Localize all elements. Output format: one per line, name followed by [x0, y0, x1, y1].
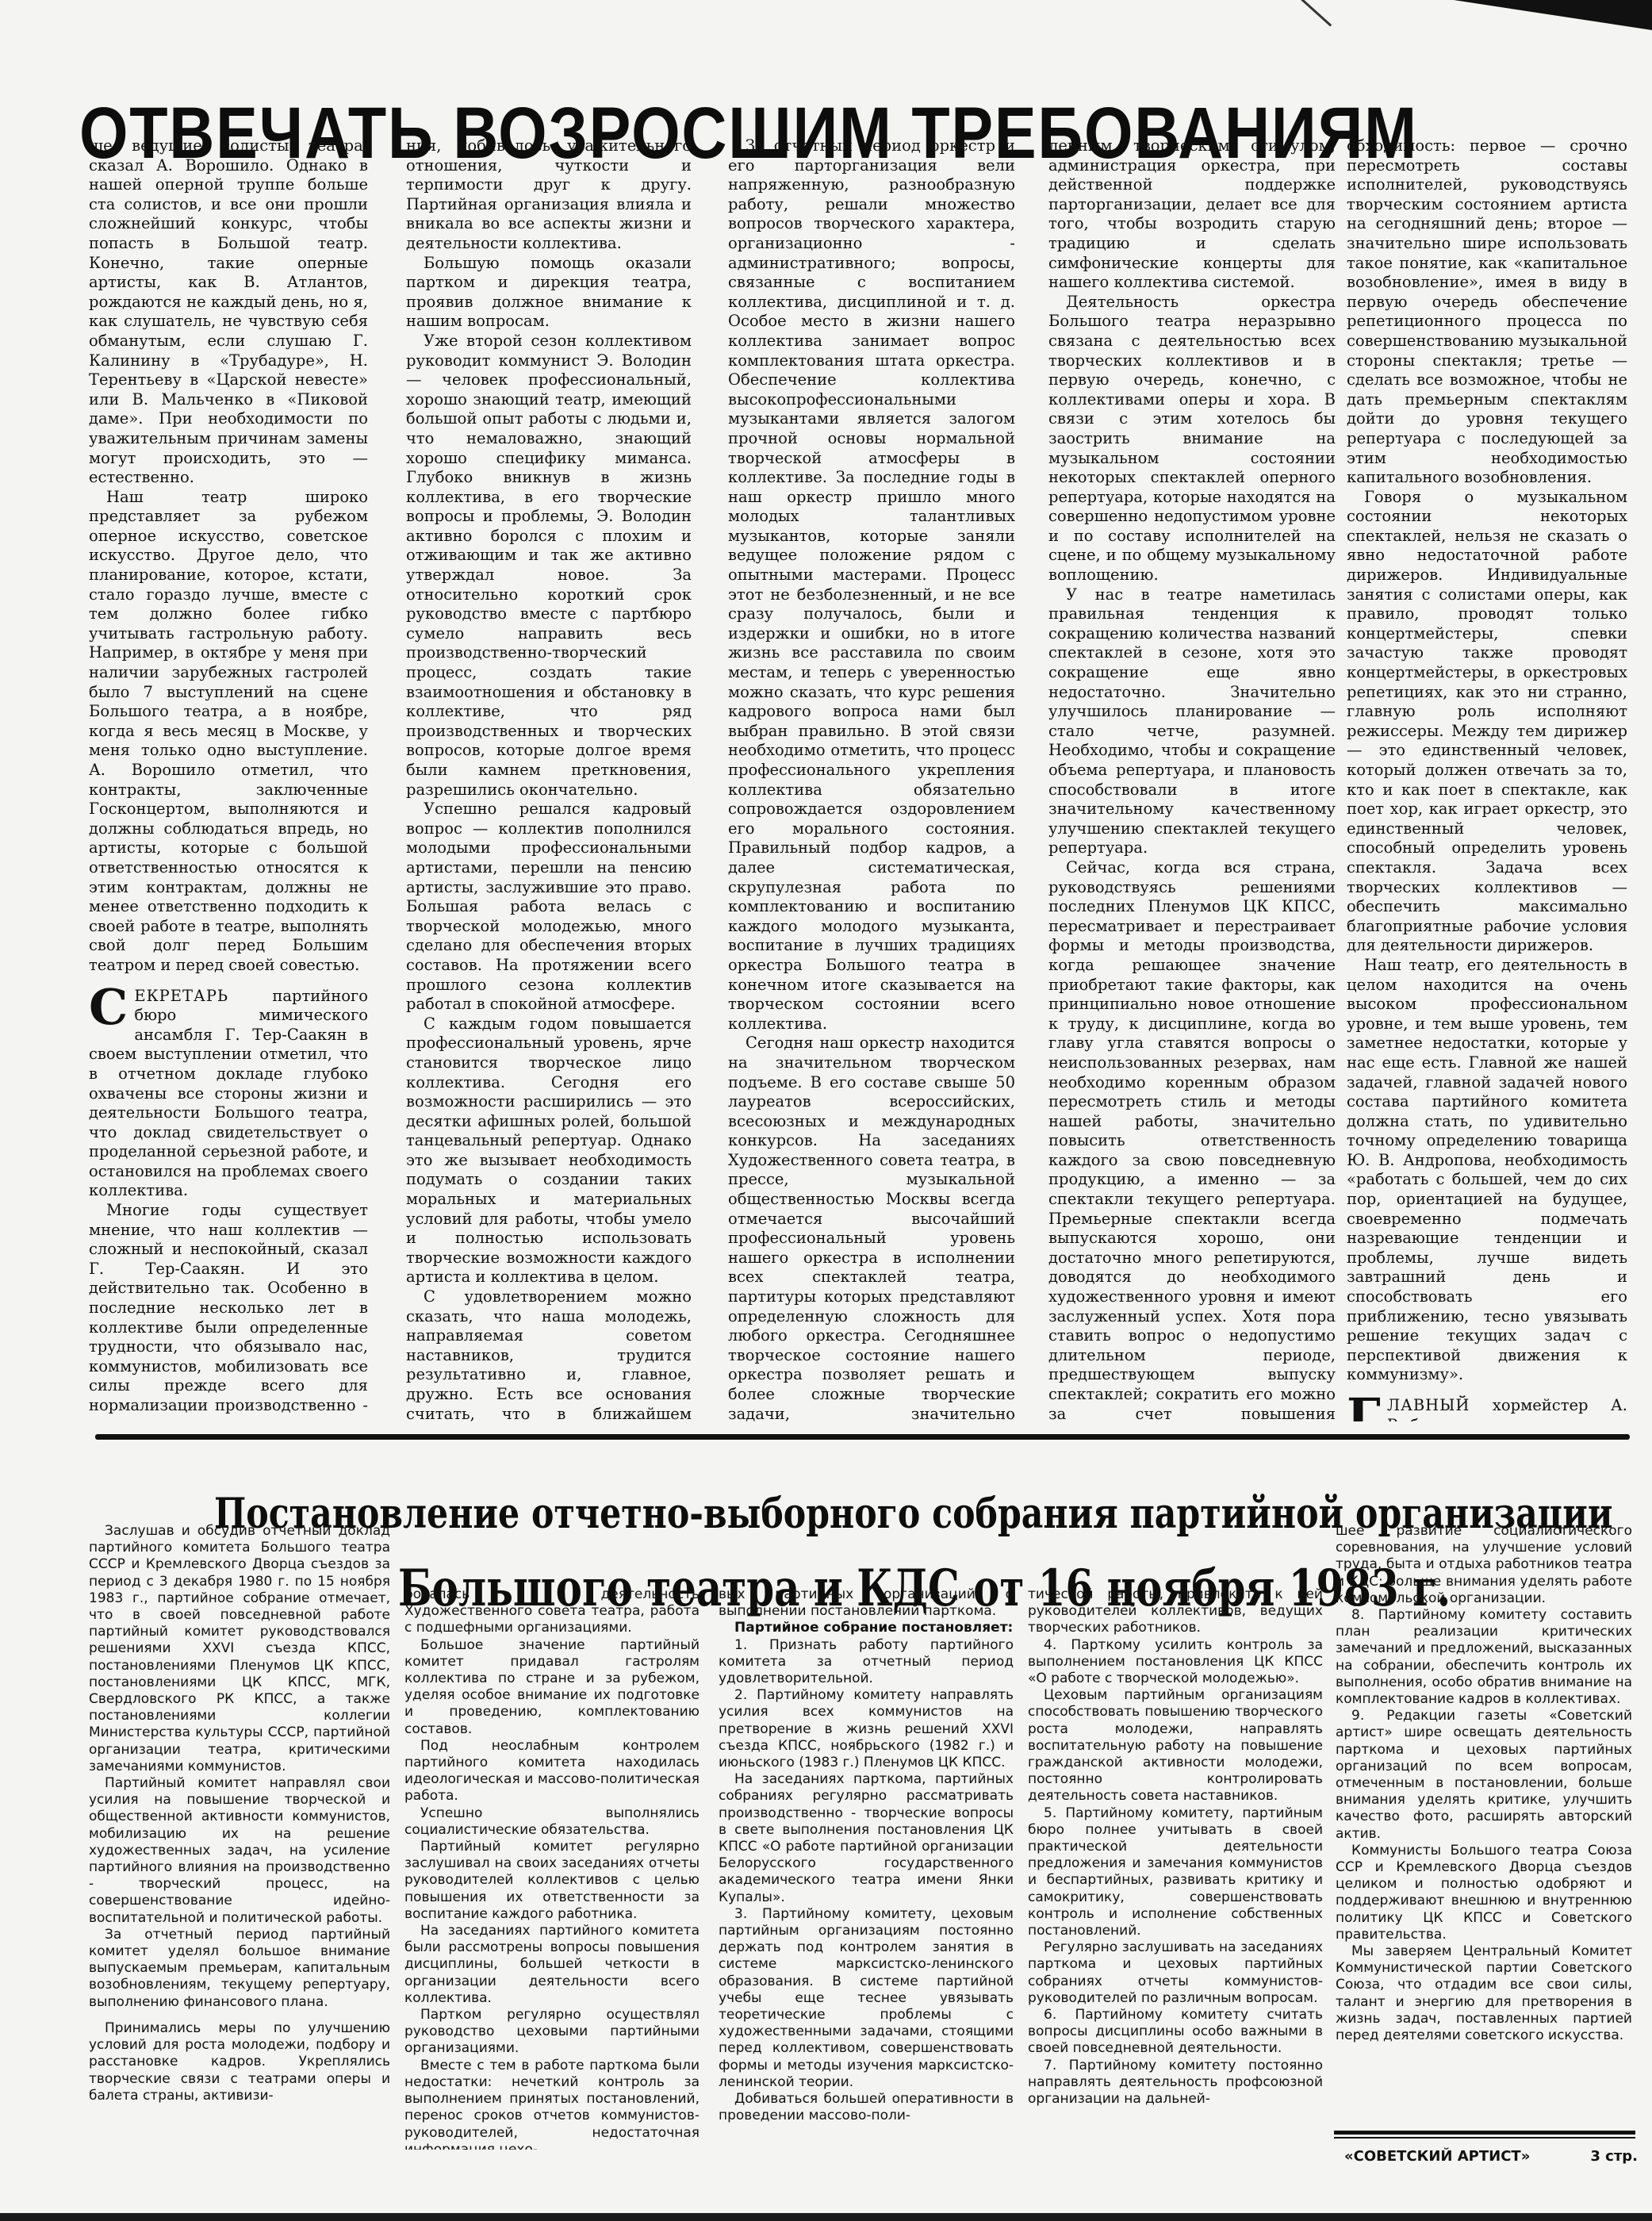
paragraph-text: партийного бюро мимического ансамбля Г. … — [89, 987, 368, 1200]
paragraph-text: Многие годы существует мнение, что наш к… — [89, 1201, 368, 1421]
paragraph-text: 8. Партийному комитету составить план ре… — [1336, 1607, 1632, 1707]
paragraph-text: Партийное собрание постановляет: — [734, 1620, 1013, 1636]
paragraph: Партийный комитет направлял свои усилия … — [89, 1775, 390, 1927]
paragraph-text: Говоря о музыкальном состоянии некоторых… — [1347, 488, 1627, 955]
article-column-3: За отчетный период оркестр и его парторг… — [728, 136, 1015, 1421]
paragraph: 7. Партийному комитету постоянно направл… — [1028, 2058, 1323, 2108]
paragraph-text: За отчетный период оркестр и его парторг… — [728, 136, 1015, 1033]
paragraph: Успешно выполнялись социалистические обя… — [404, 1805, 700, 1839]
paragraph-text: Цеховым партийным организациям способств… — [1028, 1687, 1323, 1804]
paragraph: Партком регулярно осуществлял руководств… — [404, 2007, 700, 2058]
paragraph-text: С каждым годом повышается профессиональн… — [406, 1015, 692, 1287]
paragraph: С удовлетворением можно сказать, что наш… — [406, 1287, 692, 1421]
paragraph-text: шее развитие социалистического соревнова… — [1336, 1523, 1632, 1606]
paragraph-text: Партком регулярно осуществлял руководств… — [404, 2007, 700, 2056]
paragraph: Сейчас, когда вся страна, руководствуясь… — [1048, 858, 1336, 1421]
footer-rule — [1334, 2131, 1635, 2135]
paragraph: Сегодня наш оркестр находится на значите… — [728, 1034, 1015, 1421]
paragraph-text: ше ведущие солисты театра, сказал А. Вор… — [89, 136, 368, 486]
paragraph-text: Успешно решался кадровый вопрос — коллек… — [406, 800, 692, 1013]
paragraph-text: Большую помощь оказали партком и дирекци… — [406, 254, 692, 331]
page-number: 3 стр. — [1590, 2148, 1638, 2165]
paragraph-text: Принимались меры по улучшению условий дл… — [89, 2020, 390, 2104]
paragraph-text: У нас в театре наметилась правильная тен… — [1048, 585, 1336, 857]
lead-in-caps: ЛАВНЫЙ — [1387, 1396, 1470, 1414]
paragraph-text: 5. Партийному комитету, партийным бюро п… — [1028, 1805, 1323, 1939]
drop-cap: С — [89, 988, 128, 1026]
paragraph: Под неослабным контролем партийного коми… — [404, 1738, 700, 1805]
article-column-5: обходимость: первое — срочно пересмотрет… — [1347, 136, 1627, 1421]
paragraph: СЕКРЕТАРЬ партийного бюро мимического ан… — [89, 987, 368, 1202]
paragraph: Добиваться большей оперативности в прове… — [719, 2091, 1014, 2124]
paragraph-text: 1. Признать работу партийного комитета з… — [719, 1637, 1014, 1686]
paragraph-text: вых партийных организаций о выполнении п… — [719, 1586, 1014, 1619]
paragraph-text: Наш театр, его деятельность в целом нахо… — [1347, 956, 1627, 1383]
paragraph: За отчетный период оркестр и его парторг… — [728, 136, 1015, 1034]
paragraph: 3. Партийному комитету, цеховым партийны… — [719, 1906, 1014, 2091]
paragraph: Партийное собрание постановляет: — [719, 1620, 1014, 1636]
paragraph: ше ведущие солисты театра, сказал А. Вор… — [89, 136, 368, 488]
paragraph: лепным творческим стимулом, администраци… — [1048, 136, 1336, 293]
paragraph-text: С удовлетворением можно сказать, что наш… — [406, 1287, 692, 1421]
paragraph: обходимость: первое — срочно пересмотрет… — [1347, 136, 1627, 488]
paragraph-text: Под неослабным контролем партийного коми… — [404, 1738, 700, 1805]
resolution-body: Заслушав и обсудив отчетный доклад парти… — [89, 1523, 1627, 2158]
paragraph-text: Регулярно заслушивать на заседаниях парт… — [1028, 1939, 1323, 2006]
paragraph-text: Добиваться большей оперативности в прове… — [719, 2091, 1014, 2123]
paragraph-text: 4. Парткому усилить контроль за выполнен… — [1028, 1637, 1323, 1686]
paragraph: Большое значение партийный комитет прида… — [404, 1637, 700, 1738]
paragraph: Наш театр широко представляет за рубежом… — [89, 488, 368, 976]
drop-cap: Г — [1347, 1398, 1381, 1421]
resolution-column-1: Заслушав и обсудив отчетный доклад парти… — [89, 1523, 390, 2150]
paragraph: 5. Партийному комитету, партийным бюро п… — [1028, 1805, 1323, 1940]
paragraph-text: Сейчас, когда вся страна, руководствуясь… — [1048, 858, 1336, 1421]
paragraph: Партийный комитет регулярно заслушивал н… — [404, 1839, 700, 1923]
paragraph: 9. Редакции газеты «Советский артист» ши… — [1336, 1708, 1632, 1843]
resolution-column-3: вых партийных организаций о выполнении п… — [719, 1586, 1014, 2150]
paragraph: Принимались меры по улучшению условий дл… — [89, 2020, 390, 2104]
paragraph-text: 3. Партийному комитету, цеховым партийны… — [719, 1906, 1014, 2090]
article-column-1: ше ведущие солисты театра, сказал А. Вор… — [89, 136, 368, 1421]
paragraph: 4. Парткому усилить контроль за выполнен… — [1028, 1637, 1323, 1688]
paragraph: За отчетный период партийный комитет уде… — [89, 1927, 390, 2011]
paragraph: На заседаниях партийного комитета были р… — [404, 1923, 700, 2007]
paragraph: Мы заверяем Центральный Комитет Коммунис… — [1336, 1943, 1632, 2044]
paragraph: 2. Партийному комитету направлять усилия… — [719, 1687, 1014, 1771]
resolution-column-2: ровалась деятельность Художественного со… — [404, 1586, 700, 2150]
paragraph-text: На заседаниях парткома, партийных собран… — [719, 1771, 1014, 1905]
paragraph: ровалась деятельность Художественного со… — [404, 1586, 700, 1637]
scan-artifact-line — [1301, 0, 1332, 26]
scan-bottom-edge — [0, 2213, 1652, 2221]
paragraph: 1. Признать работу партийного комитета з… — [719, 1637, 1014, 1688]
paragraph: Вместе с тем в работе парткома были недо… — [404, 2058, 700, 2150]
paragraph-text: Вместе с тем в работе парткома были недо… — [404, 2058, 700, 2150]
paragraph-text: 9. Редакции газеты «Советский артист» ши… — [1336, 1708, 1632, 1841]
paragraph-text: тической работы, привлекать к ней руково… — [1028, 1586, 1323, 1636]
newspaper-name: «СОВЕТСКИЙ АРТИСТ» — [1344, 2148, 1530, 2165]
article-column-4: лепным творческим стимулом, администраци… — [1048, 136, 1336, 1421]
page-corner-fold — [1454, 0, 1652, 30]
article-body: ше ведущие солисты театра, сказал А. Вор… — [89, 136, 1627, 1421]
paragraph-text: ровалась деятельность Художественного со… — [404, 1586, 700, 1636]
footer-rule-thin — [1334, 2137, 1635, 2139]
paragraph-text: лепным творческим стимулом, администраци… — [1048, 136, 1336, 291]
paragraph: Заслушав и обсудив отчетный доклад парти… — [89, 1523, 390, 1775]
section-divider-rule — [95, 1434, 1630, 1440]
article-column-2: ния, добивалось уважительного отношения,… — [406, 136, 692, 1421]
paragraph: Успешно решался кадровый вопрос — коллек… — [406, 800, 692, 1015]
paragraph: тической работы, привлекать к ней руково… — [1028, 1586, 1323, 1637]
paragraph-text: обходимость: первое — срочно пересмотрет… — [1347, 136, 1627, 486]
paragraph: 8. Партийному комитету составить план ре… — [1336, 1607, 1632, 1708]
paragraph: С каждым годом повышается профессиональн… — [406, 1015, 692, 1287]
paragraph: Большую помощь оказали партком и дирекци… — [406, 254, 692, 332]
paragraph: Деятельность оркестра Большого театра не… — [1048, 293, 1336, 585]
paragraph-text: На заседаниях партийного комитета были р… — [404, 1923, 700, 2006]
paragraph: 6. Партийному комитету считать вопросы д… — [1028, 2007, 1323, 2058]
page-footer: «СОВЕТСКИЙ АРТИСТ» 3 стр. — [1344, 2148, 1638, 2165]
paragraph: Уже второй сезон коллективом руководит к… — [406, 332, 692, 800]
paragraph-text: Мы заверяем Центральный Комитет Коммунис… — [1336, 1943, 1632, 2043]
paragraph: Регулярно заслушивать на заседаниях парт… — [1028, 1939, 1323, 2007]
paragraph-text: Наш театр широко представляет за рубежом… — [89, 488, 368, 974]
paragraph-text: Деятельность оркестра Большого театра не… — [1048, 293, 1336, 584]
resolution-column-4: тической работы, привлекать к ней руково… — [1028, 1586, 1323, 2150]
paragraph: Говоря о музыкальном состоянии некоторых… — [1347, 488, 1627, 956]
paragraph: Многие годы существует мнение, что наш к… — [89, 1201, 368, 1421]
paragraph-text: ния, добивалось уважительного отношения,… — [406, 136, 692, 252]
paragraph-text: Большое значение партийный комитет прида… — [404, 1637, 700, 1737]
resolution-column-5: шее развитие социалистического соревнова… — [1336, 1523, 1632, 2110]
paragraph-text: За отчетный период партийный комитет уде… — [89, 1927, 390, 2010]
paragraph-text: Партийный комитет направлял свои усилия … — [89, 1775, 390, 1926]
paragraph: Коммунисты Большого театра Союза ССР и К… — [1336, 1843, 1632, 1943]
paragraph-text: 6. Партийному комитету считать вопросы д… — [1028, 2007, 1323, 2056]
paragraph-text: 2. Партийному комитету направлять усилия… — [719, 1687, 1014, 1770]
paragraph-text: Успешно выполнялись социалистические обя… — [404, 1805, 700, 1838]
paragraph: ния, добивалось уважительного отношения,… — [406, 136, 692, 254]
paragraph-text: Сегодня наш оркестр находится на значите… — [728, 1034, 1015, 1421]
paragraph-text: Партийный комитет регулярно заслушивал н… — [404, 1839, 700, 1922]
paragraph: вых партийных организаций о выполнении п… — [719, 1586, 1014, 1620]
paragraph: ГЛАВНЫЙ хормейстер А. Рыбнов в своем выс… — [1347, 1396, 1627, 1421]
paragraph-text: Коммунисты Большого театра Союза ССР и К… — [1336, 1843, 1632, 1943]
paragraph: Цеховым партийным организациям способств… — [1028, 1687, 1323, 1805]
paragraph: У нас в театре наметилась правильная тен… — [1048, 585, 1336, 858]
paragraph: На заседаниях парткома, партийных собран… — [719, 1771, 1014, 1906]
paragraph-text: Заслушав и обсудив отчетный доклад парти… — [89, 1523, 390, 1774]
lead-in-caps: ЕКРЕТАРЬ — [134, 987, 228, 1005]
paragraph: Наш театр, его деятельность в целом нахо… — [1347, 956, 1627, 1385]
paragraph-text: Уже второй сезон коллективом руководит к… — [406, 332, 692, 799]
paragraph-text: 7. Партийному комитету постоянно направл… — [1028, 2058, 1323, 2107]
paragraph: шее развитие социалистического соревнова… — [1336, 1523, 1632, 1607]
